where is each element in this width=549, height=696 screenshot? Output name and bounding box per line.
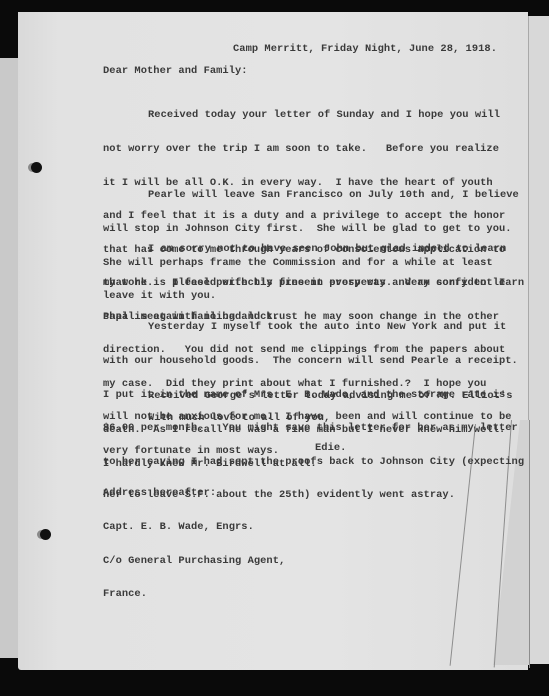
letter-dateline: Camp Merritt, Friday Night, June 28, 191…	[233, 44, 497, 55]
paragraph-line: Pearle will leave San Francisco on July …	[103, 190, 519, 201]
punch-hole-bottom	[40, 529, 51, 540]
letter-closing: With much love to all of you,	[148, 413, 330, 424]
address-line: C/o General Purchasing Agent,	[103, 556, 285, 567]
punch-hole-top	[31, 162, 42, 173]
letter-signature: Edie.	[315, 443, 346, 454]
paragraph-line: not worry over the trip I am soon to tak…	[103, 144, 505, 155]
address-line: Capt. E. B. Wade, Engrs.	[103, 522, 285, 533]
underlying-page-edge	[528, 16, 549, 664]
paragraph-line: that he is pleased with his present pros…	[103, 278, 524, 289]
paragraph-line: Received today your letter of Sunday and…	[103, 110, 505, 121]
paragraph-line: Yesterday I myself took the auto into Ne…	[103, 322, 524, 333]
paragraph-line: Received George's letter today advising …	[103, 391, 513, 402]
address-line: France.	[103, 589, 285, 600]
paragraph-5: Received George's letter today advising …	[103, 369, 513, 481]
address-block: Address hereafter: Capt. E. B. Wade, Eng…	[103, 466, 285, 612]
address-line: Address hereafter:	[103, 488, 285, 499]
paragraph-line: with our household goods. The concern wi…	[103, 356, 524, 367]
letter-salutation: Dear Mother and Family:	[103, 66, 248, 77]
paragraph-line: I am sorry not to have seen John but gla…	[103, 244, 524, 255]
scan-left-margin	[0, 58, 18, 658]
paragraph-line: death. As I recall he was a fine man but…	[103, 425, 513, 436]
fold-line	[529, 420, 530, 668]
